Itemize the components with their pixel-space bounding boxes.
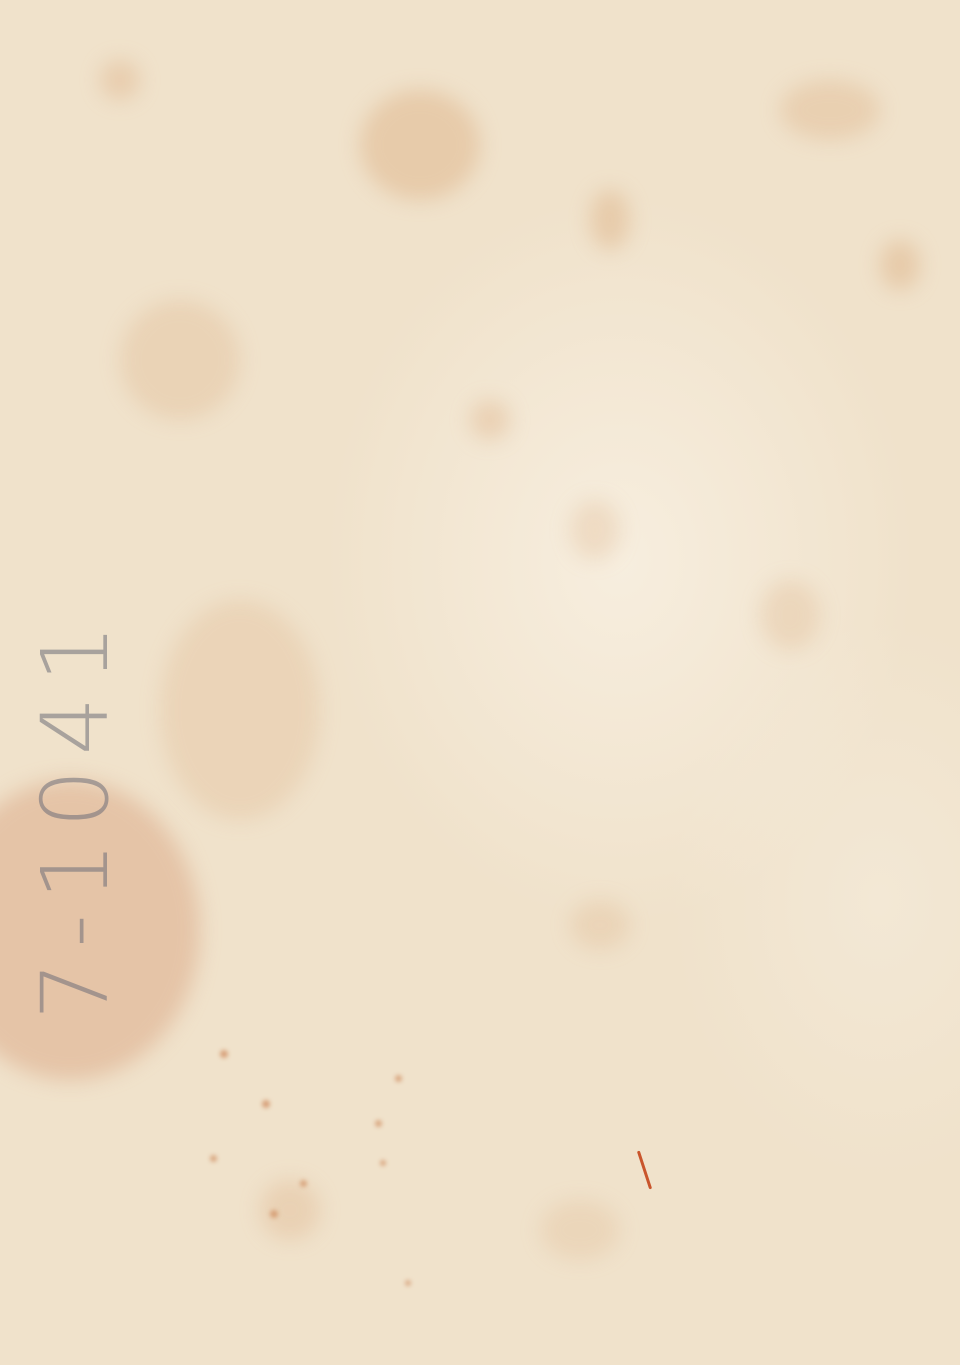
foxing-stain bbox=[590, 190, 630, 250]
foxing-stain bbox=[470, 400, 510, 440]
foxing-stain bbox=[360, 90, 480, 200]
foxing-stain bbox=[570, 900, 630, 950]
pencil-inscription: 7-1041 bbox=[22, 610, 129, 1020]
foxing-stain bbox=[540, 1200, 620, 1260]
foxing-stain bbox=[760, 580, 820, 650]
foxing-stain bbox=[120, 300, 240, 420]
paper-sheet: 7-1041 bbox=[0, 0, 960, 1365]
rust-speck bbox=[262, 1100, 270, 1108]
rust-speck bbox=[405, 1280, 411, 1286]
red-fiber-mark bbox=[637, 1151, 652, 1190]
rust-speck bbox=[210, 1155, 217, 1162]
rust-speck bbox=[380, 1160, 386, 1166]
rust-speck bbox=[220, 1050, 228, 1058]
rust-speck bbox=[395, 1075, 402, 1082]
rust-speck bbox=[375, 1120, 382, 1127]
foxing-stain bbox=[160, 600, 320, 820]
foxing-stain bbox=[100, 60, 140, 100]
foxing-stain bbox=[780, 80, 880, 140]
foxing-stain bbox=[880, 240, 920, 290]
foxing-stain bbox=[260, 1180, 320, 1240]
foxing-stain bbox=[570, 500, 620, 560]
rust-speck bbox=[270, 1210, 278, 1218]
rust-speck bbox=[300, 1180, 307, 1187]
